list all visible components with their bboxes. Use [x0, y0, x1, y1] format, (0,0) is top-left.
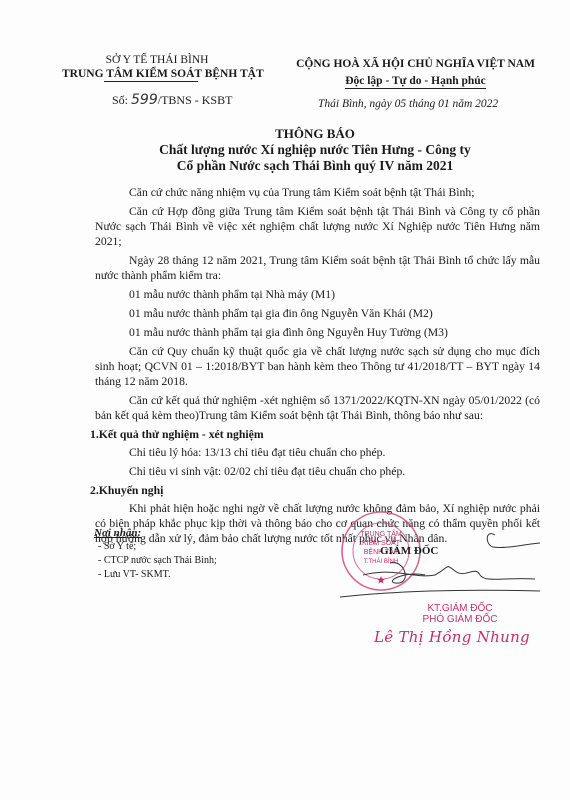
nation-name: CỘNG HOÀ XÃ HỘI CHỦ NGHĨA VIỆT NAM: [283, 57, 548, 71]
subject-line-1: Chất lượng nước Xí nghiệp nước Tiên Hưng…: [100, 142, 530, 158]
document-title: THÔNG BÁO Chất lượng nước Xí nghiệp nước…: [100, 126, 530, 174]
national-motto: Độc lập - Tự do - Hạnh phúc: [345, 74, 486, 89]
document-page: SỞ Y TẾ THÁI BÌNH TRUNG TÂM KIỂM SOÁT BỆ…: [0, 0, 570, 800]
signer-name: Lê Thị Hồng Nhung: [374, 628, 530, 646]
signature-block: TRUNG TÂM KIỂM SOÁT BỆNH TẬT T.THÁI BÌNH…: [350, 530, 540, 650]
place-date: Thái Bình, ngày 05 tháng 01 năm 2022: [318, 98, 498, 110]
paragraph: Căn cứ Hợp đồng giữa Trung tâm Kiểm soát…: [95, 204, 540, 249]
result-item: Chỉ tiêu lý hóa: 13/13 chỉ tiêu đạt tiêu…: [95, 445, 540, 460]
recipients-block: Nơi nhận: - Sở Y tế; - CTCP nước sạch Th…: [94, 526, 217, 582]
doc-number-suffix: /TBNS - KSBT: [158, 93, 233, 107]
header-underline: [104, 81, 198, 82]
document-body: Căn cứ chức năng nhiệm vụ của Trung tâm …: [95, 185, 540, 550]
deputy-line-2: PHÓ GIÁM ĐỐC: [400, 614, 520, 625]
section-heading-results: 1.Kết quả thử nghiệm - xét nghiệm: [90, 427, 540, 442]
recipient-item: - Lưu VT- SKMT.: [94, 568, 217, 582]
paragraph: Căn cứ kết quả thử nghiệm -xét nghiệm số…: [95, 393, 540, 423]
sample-item: 01 mẫu nước thành phẩm tại gia đin ông N…: [95, 306, 540, 321]
recipients-label: Nơi nhận:: [94, 526, 217, 540]
paragraph: Căn cứ chức năng nhiệm vụ của Trung tâm …: [95, 185, 540, 200]
section-heading-recommendation: 2.Khuyến nghị: [90, 483, 540, 498]
handwritten-signature-icon: [335, 505, 555, 615]
national-header: CỘNG HOÀ XÃ HỘI CHỦ NGHĨA VIỆT NAM Độc l…: [283, 57, 548, 89]
paragraph: Căn cứ Quy chuẩn kỹ thuật quốc gia về ch…: [95, 344, 540, 389]
organization-name: TRUNG TÂM KIỂM SOÁT BỆNH TẬT: [62, 67, 252, 81]
recipient-item: - Sở Y tế;: [94, 540, 217, 554]
sample-item: 01 mẫu nước thành phẩm tại gia đình ông …: [95, 325, 540, 340]
deputy-title: KT.GIÁM ĐỐC PHÓ GIÁM ĐỐC: [400, 603, 520, 625]
result-item: Chỉ tiêu vi sinh vật: 02/02 chỉ tiêu đạt…: [95, 464, 540, 479]
issuer-header: SỞ Y TẾ THÁI BÌNH TRUNG TÂM KIỂM SOÁT BỆ…: [62, 54, 252, 82]
document-number: Số: 599/TBNS - KSBT: [112, 92, 232, 108]
sample-item: 01 mẫu nước thành phẩm tại Nhà máy (M1): [95, 287, 540, 302]
recipient-item: - CTCP nước sạch Thái Bình;: [94, 554, 217, 568]
paragraph: Ngày 28 tháng 12 năm 2021, Trung tâm Kiể…: [95, 253, 540, 283]
department-name: SỞ Y TẾ THÁI BÌNH: [62, 54, 252, 67]
deputy-line-1: KT.GIÁM ĐỐC: [400, 603, 520, 614]
subject-line-2: Cổ phần Nước sạch Thái Bình quý IV năm 2…: [100, 158, 530, 174]
doc-number-handwritten: 599: [131, 92, 158, 108]
doc-type: THÔNG BÁO: [100, 126, 530, 142]
doc-number-label: Số:: [112, 93, 128, 107]
